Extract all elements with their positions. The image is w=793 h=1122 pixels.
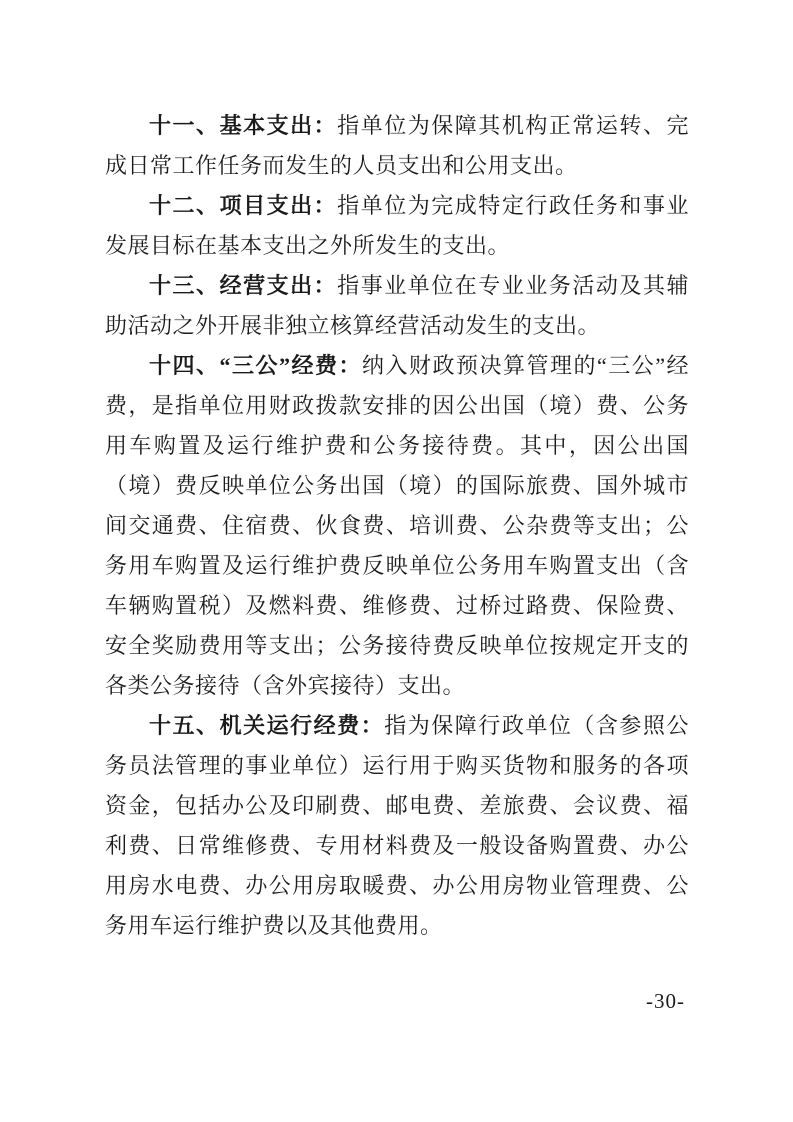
document-page: 十一、基本支出：指单位为保障其机构正常运转、完成日常工作任务而发生的人员支出和公… [0, 0, 793, 1122]
term-label: 十二、项目支出： [149, 193, 337, 218]
paragraph-agency-operating-funds: 十五、机关运行经费：指为保障行政单位（含参照公务员法管理的事业单位）运行用于购买… [105, 706, 689, 946]
term-label: 十一、基本支出： [149, 113, 337, 138]
paragraph-operating-expenditure: 十三、经营支出：指事业单位在专业业务活动及其辅助活动之外开展非独立核算经营活动发… [105, 266, 689, 346]
paragraph-three-public-funds: 十四、“三公”经费：纳入财政预决算管理的“三公”经费，是指单位用财政拨款安排的因… [105, 346, 689, 706]
term-label: 十四、“三公”经费： [149, 353, 362, 378]
term-definition: 指为保障行政单位（含参照公务员法管理的事业单位）运行用于购买货物和服务的各项资金… [105, 713, 689, 938]
paragraph-project-expenditure: 十二、项目支出：指单位为完成特定行政任务和事业发展目标在基本支出之外所发生的支出… [105, 186, 689, 266]
term-label: 十五、机关运行经费： [149, 713, 384, 738]
document-body: 十一、基本支出：指单位为保障其机构正常运转、完成日常工作任务而发生的人员支出和公… [105, 106, 689, 946]
page-number: -30- [646, 988, 685, 1014]
paragraph-basic-expenditure: 十一、基本支出：指单位为保障其机构正常运转、完成日常工作任务而发生的人员支出和公… [105, 106, 689, 186]
term-definition: 纳入财政预决算管理的“三公”经费，是指单位用财政拨款安排的因公出国（境）费、公务… [105, 353, 689, 698]
term-label: 十三、经营支出： [149, 273, 337, 298]
